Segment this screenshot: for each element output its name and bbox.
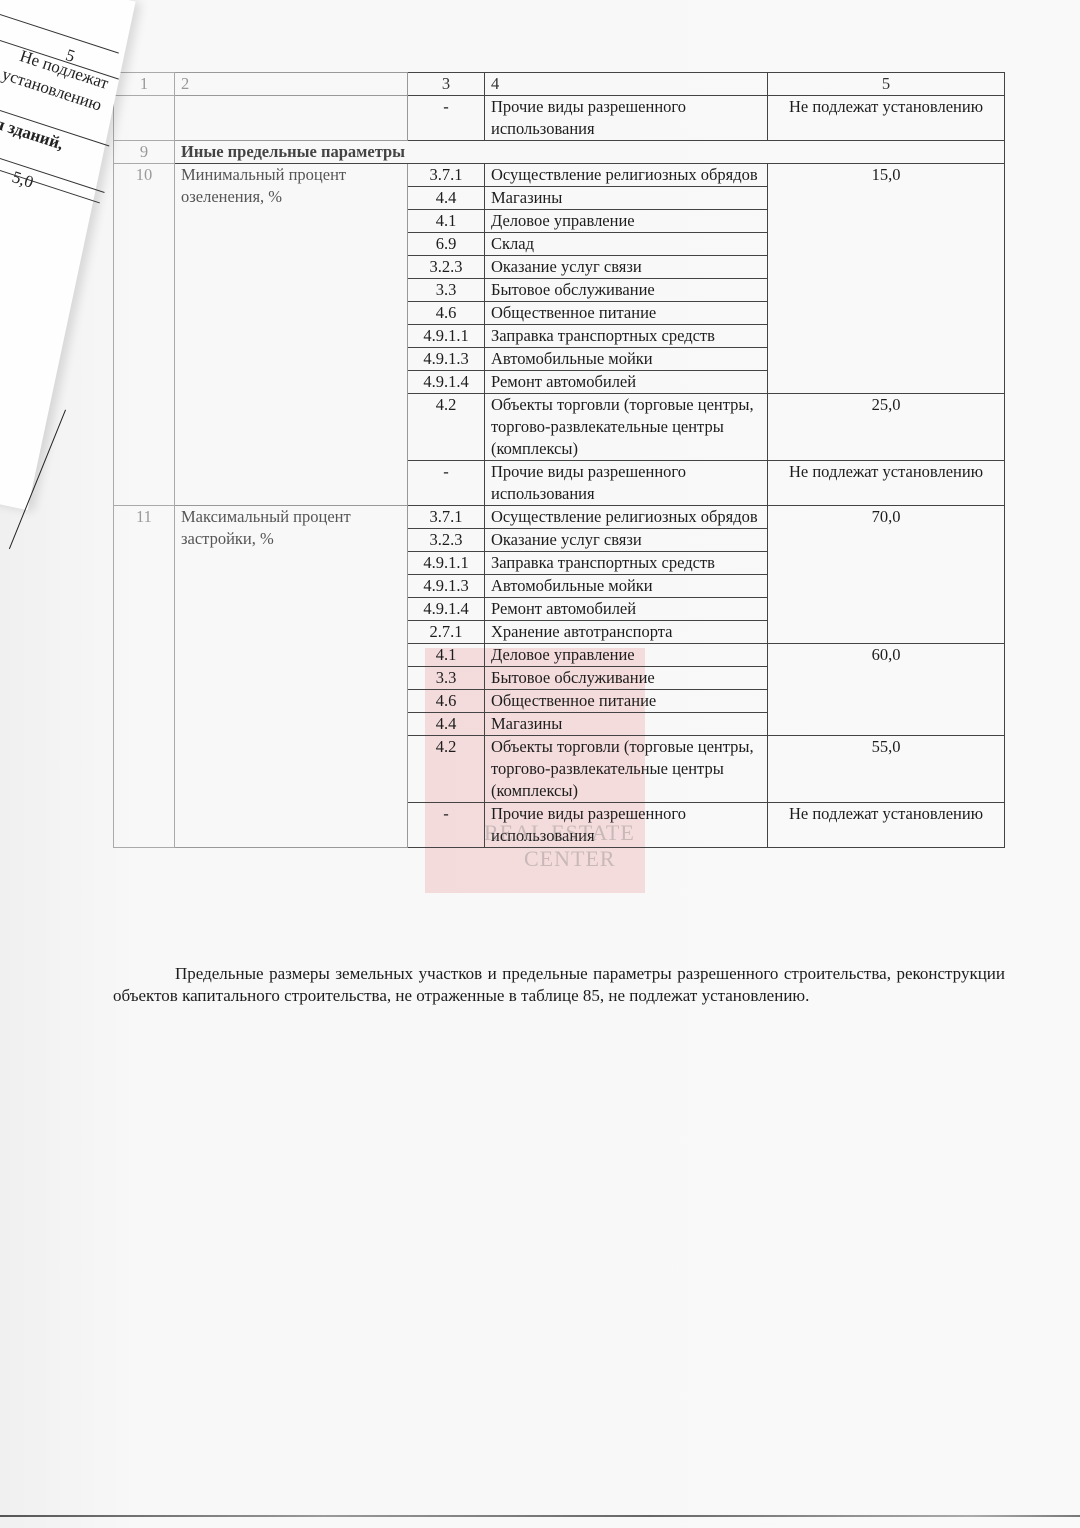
section-number: 9 [114,141,175,164]
header-col-1: 1 [114,73,175,96]
use-name-cell: Осуществление религиозных обрядов [485,164,768,187]
use-name-cell: Ремонт автомобилей [485,371,768,394]
use-name-cell: Бытовое обслуживание [485,279,768,302]
use-code-cell: 3.7.1 [408,506,485,529]
use-name-cell: Автомобильные мойки [485,575,768,598]
use-name-cell: Автомобильные мойки [485,348,768,371]
use-name-cell: Оказание услуг связи [485,529,768,552]
header-col-5: 5 [768,73,1005,96]
row-number-cell [114,96,175,141]
use-name-cell: Магазины [485,187,768,210]
use-name-cell: Склад [485,233,768,256]
use-name-cell: Деловое управление [485,210,768,233]
use-code-cell: - [408,803,485,848]
use-name-cell: Оказание услуг связи [485,256,768,279]
use-code-cell: 4.9.1.1 [408,325,485,348]
parameter-cell: Минимальный процент озеленения, % [175,164,408,506]
use-name-cell: Прочие виды разрешенного использования [485,96,768,141]
use-code-cell: 4.4 [408,713,485,736]
use-code-cell: 6.9 [408,233,485,256]
value-cell: 60,0 [768,644,1005,736]
use-name-cell: Магазины [485,713,768,736]
use-code-cell: 3.2.3 [408,529,485,552]
use-name-cell: Прочие виды разрешенного использования [485,461,768,506]
use-name-cell: Бытовое обслуживание [485,667,768,690]
table-row: 11Максимальный процент застройки, %3.7.1… [114,506,1005,529]
value-cell: 25,0 [768,394,1005,461]
header-col-3: 3 [408,73,485,96]
use-code-cell: 4.6 [408,302,485,325]
use-name-cell: Объекты торговли (торговые центры, торго… [485,736,768,803]
use-code-cell: 4.9.1.4 [408,371,485,394]
use-code-cell: 4.4 [408,187,485,210]
parameter-cell: Максимальный процент застройки, % [175,506,408,848]
row-number-cell: 11 [114,506,175,848]
use-code-cell: 4.9.1.1 [408,552,485,575]
use-code-cell: 4.6 [408,690,485,713]
use-code-cell: - [408,461,485,506]
use-code-cell: 4.1 [408,210,485,233]
footer-paragraph: Предельные размеры земельных участков и … [113,963,1005,1007]
page-bottom-edge [0,1515,1080,1517]
use-code-cell: 3.2.3 [408,256,485,279]
use-name-cell: Заправка транспортных средств [485,325,768,348]
use-name-cell: Заправка транспортных средств [485,552,768,575]
value-cell: 70,0 [768,506,1005,644]
use-code-cell: 3.3 [408,279,485,302]
use-code-cell: 4.9.1.3 [408,575,485,598]
value-cell: Не подлежат установлению [768,803,1005,848]
use-name-cell: Объекты торговли (торговые центры, торго… [485,394,768,461]
value-cell: Не подлежат установлению [768,96,1005,141]
use-code-cell: 4.9.1.3 [408,348,485,371]
value-cell: 55,0 [768,736,1005,803]
use-code-cell: 4.2 [408,394,485,461]
use-code-cell: 4.1 [408,644,485,667]
use-code-cell: 3.7.1 [408,164,485,187]
parameter-cell [175,96,408,141]
use-name-cell: Осуществление религиозных обрядов [485,506,768,529]
value-cell: Не подлежат установлению [768,461,1005,506]
use-code-cell: 2.7.1 [408,621,485,644]
use-name-cell: Деловое управление [485,644,768,667]
section-row: 9Иные предельные параметры [114,141,1005,164]
use-code-cell: 4.9.1.4 [408,598,485,621]
zoning-parameters-table: 12345-Прочие виды разрешенного использов… [113,72,1005,848]
use-name-cell: Хранение автотранспорта [485,621,768,644]
use-code-cell: 3.3 [408,667,485,690]
table-header-row: 12345 [114,73,1005,96]
row-number-cell: 10 [114,164,175,506]
value-cell: 15,0 [768,164,1005,394]
use-code-cell: - [408,96,485,141]
header-col-4: 4 [485,73,768,96]
section-title: Иные предельные параметры [175,141,1005,164]
use-name-cell: Общественное питание [485,690,768,713]
header-col-2: 2 [175,73,408,96]
table-row: -Прочие виды разрешенного использованияН… [114,96,1005,141]
use-name-cell: Ремонт автомобилей [485,598,768,621]
use-code-cell: 4.2 [408,736,485,803]
use-name-cell: Общественное питание [485,302,768,325]
watermark-text: REAL ESTATE CENTER [484,820,635,872]
table-row: 10Минимальный процент озеленения, %3.7.1… [114,164,1005,187]
